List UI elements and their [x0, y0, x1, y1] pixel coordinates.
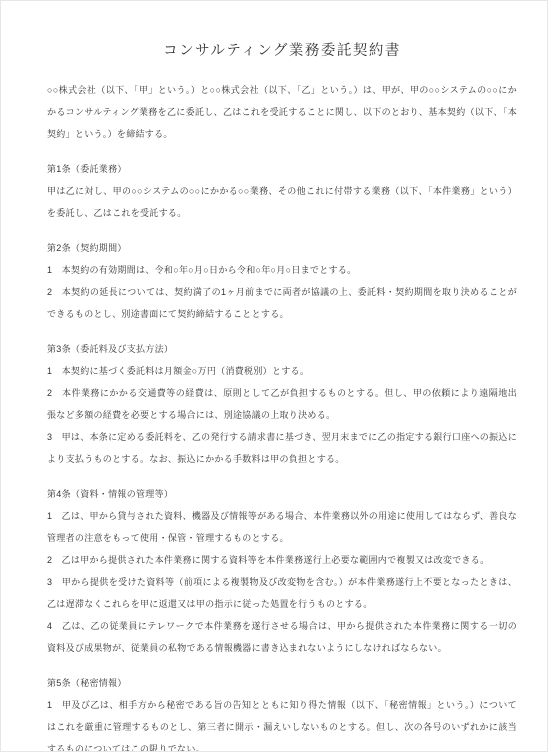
contract-document-page: コンサルティング業務委託契約書 ○○株式会社（以下、「甲」という。）と○○株式会…	[0, 0, 548, 752]
intro-paragraph: ○○株式会社（以下、「甲」という。）と○○株式会社（以下、「乙」という。）は、甲…	[47, 79, 517, 145]
article-1-clause-1: 甲は乙に対し、甲の○○システムの○○にかかる○○業務、その他これに付帯する業務（…	[47, 180, 517, 224]
article-5-heading: 第5条（秘密情報）	[47, 672, 517, 694]
article-4-heading: 第4条（資料・情報の管理等）	[47, 483, 517, 505]
article-1-heading: 第1条（委託業務）	[47, 158, 517, 180]
article-3-clause-3: 3 甲は、本条に定める委託料を、乙の発行する請求書に基づき、翌月末までに乙の指定…	[47, 426, 517, 470]
article-2-clause-2: 2 本契約の延長については、契約満了の1ヶ月前までに両者が協議の上、委託料・契約…	[47, 281, 517, 325]
article-3-clause-1: 1 本契約に基づく委託料は月額金○万円（消費税別）とする。	[47, 360, 517, 382]
article-section-1: 第1条（委託業務） 甲は乙に対し、甲の○○システムの○○にかかる○○業務、その他…	[47, 158, 517, 224]
article-4-clause-2: 2 乙は甲から提供された本件業務に関する資料等を本件業務遂行上必要な範囲内で複製…	[47, 549, 517, 571]
article-4-clause-1: 1 乙は、甲から貸与された資料、機器及び情報等がある場合、本件業務以外の用途に使…	[47, 505, 517, 549]
article-2-heading: 第2条（契約期間）	[47, 237, 517, 259]
articles-container: 第1条（委託業務） 甲は乙に対し、甲の○○システムの○○にかかる○○業務、その他…	[47, 158, 517, 752]
article-section-4: 第4条（資料・情報の管理等） 1 乙は、甲から貸与された資料、機器及び情報等があ…	[47, 483, 517, 659]
article-section-3: 第3条（委託料及び支払方法） 1 本契約に基づく委託料は月額金○万円（消費税別）…	[47, 338, 517, 470]
article-section-5: 第5条（秘密情報） 1 甲及び乙は、相手方から秘密である旨の告知とともに知り得た…	[47, 672, 517, 752]
article-2-clause-1: 1 本契約の有効期間は、令和○年○月○日から令和○年○月○日までとする。	[47, 259, 517, 281]
article-4-clause-4: 4 乙は、乙の従業員にテレワークで本件業務を遂行させる場合は、甲から提供された本…	[47, 615, 517, 659]
article-5-clause-1: 1 甲及び乙は、相手方から秘密である旨の告知とともに知り得た情報（以下、「秘密情…	[47, 694, 517, 752]
article-section-2: 第2条（契約期間） 1 本契約の有効期間は、令和○年○月○日から令和○年○月○日…	[47, 237, 517, 325]
article-3-heading: 第3条（委託料及び支払方法）	[47, 338, 517, 360]
document-title: コンサルティング業務委託契約書	[47, 41, 517, 61]
article-4-clause-3: 3 甲から提供を受けた資料等（前項による複製物及び改変物を含む。）が本件業務遂行…	[47, 571, 517, 615]
article-3-clause-2: 2 本件業務にかかる交通費等の経費は、原則として乙が負担するものとする。但し、甲…	[47, 382, 517, 426]
